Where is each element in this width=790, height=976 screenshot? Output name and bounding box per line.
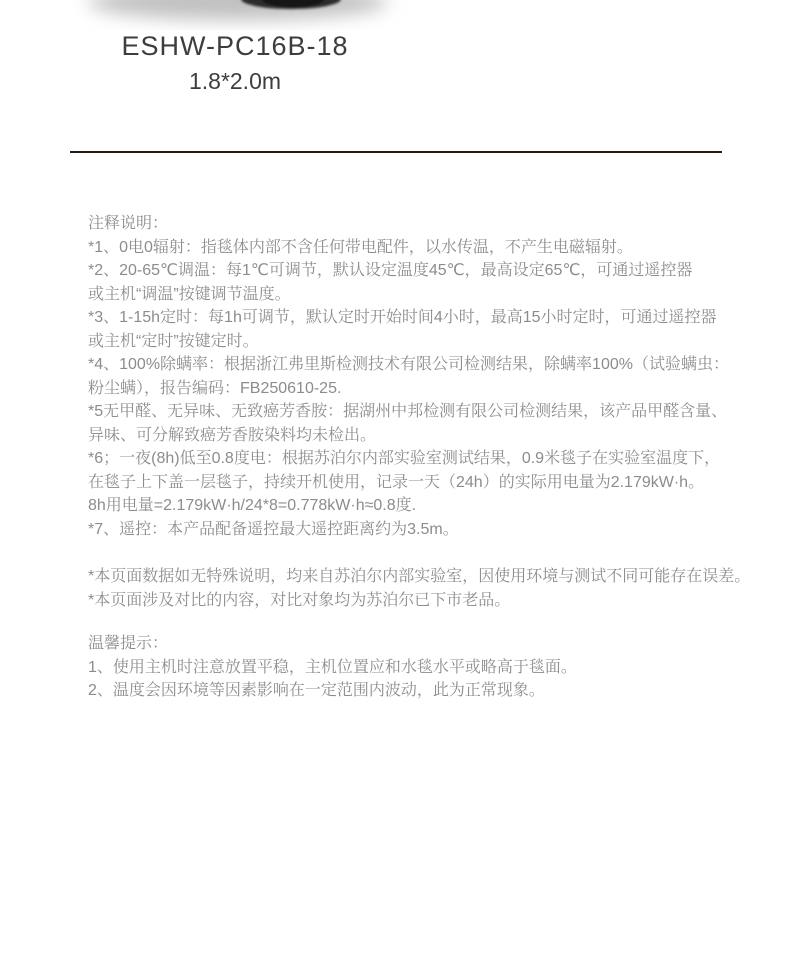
- section-divider: [70, 151, 722, 153]
- text-line: *3、1-15h定时：每1h可调节，默认定时开始时间4小时，最高15小时定时，可…: [88, 306, 738, 330]
- product-size: 1.8*2.0m: [0, 66, 470, 96]
- text-line: 粉尘螨），报告编码：FB250610-25.: [88, 377, 738, 401]
- photo-shadow: [88, 0, 388, 20]
- product-title-block: ESHW-PC16B-18 1.8*2.0m: [0, 30, 470, 96]
- text-line: *4、100%除螨率：根据浙江弗里斯检测技术有限公司检测结果，除螨率100%（试…: [88, 353, 738, 377]
- tips-lines: 1、使用主机时注意放置平稳，主机位置应和水毯水平或略高于毯面。2、温度会因环境等…: [88, 656, 738, 703]
- text-line: *1、0电0辐射：指毯体内部不含任何带电配件，以水传温，不产生电磁辐射。: [88, 236, 738, 260]
- tips-section: 温馨提示： 1、使用主机时注意放置平稳，主机位置应和水毯水平或略高于毯面。2、温…: [88, 632, 738, 703]
- text-line: *6；一夜(8h)低至0.8度电：根据苏泊尔内部实验室测试结果，0.9米毯子在实…: [88, 447, 738, 471]
- notes-column: 注释说明： *1、0电0辐射：指毯体内部不含任何带电配件，以水传温，不产生电磁辐…: [88, 212, 738, 703]
- text-line: *本页面涉及对比的内容，对比对象均为苏泊尔已下市老品。: [88, 589, 738, 613]
- text-line: 或主机“调温”按键调节温度。: [88, 283, 738, 307]
- tips-heading: 温馨提示：: [88, 632, 738, 656]
- text-line: *本页面数据如无特殊说明，均来自苏泊尔内部实验室，因使用环境与测试不同可能存在误…: [88, 565, 738, 589]
- notes-heading: 注释说明：: [88, 212, 738, 236]
- text-line: *7、遥控：本产品配备遥控最大遥控距离约为3.5m。: [88, 518, 738, 542]
- product-photo-fragment: [0, 0, 480, 30]
- text-line: 8h用电量=2.179kW·h/24*8=0.778kW·h≈0.8度.: [88, 494, 738, 518]
- disclaimer-section: *本页面数据如无特殊说明，均来自苏泊尔内部实验室，因使用环境与测试不同可能存在误…: [88, 565, 738, 612]
- text-line: 2、温度会因环境等因素影响在一定范围内波动，此为正常现象。: [88, 679, 738, 703]
- text-line: 或主机“定时”按键定时。: [88, 330, 738, 354]
- product-model: ESHW-PC16B-18: [0, 30, 470, 62]
- product-detail-page: ESHW-PC16B-18 1.8*2.0m 注释说明： *1、0电0辐射：指毯…: [0, 0, 790, 976]
- text-line: 1、使用主机时注意放置平稳，主机位置应和水毯水平或略高于毯面。: [88, 656, 738, 680]
- notes-lines: *1、0电0辐射：指毯体内部不含任何带电配件，以水传温，不产生电磁辐射。*2、2…: [88, 236, 738, 542]
- notes-section: 注释说明： *1、0电0辐射：指毯体内部不含任何带电配件，以水传温，不产生电磁辐…: [88, 212, 738, 541]
- text-line: *2、20-65℃调温：每1℃可调节，默认设定温度45℃，最高设定65℃，可通过…: [88, 259, 738, 283]
- text-line: *5无甲醛、无异味、无致癌芳香胺：据湖州中邦检测有限公司检测结果，该产品甲醛含量…: [88, 400, 738, 424]
- text-line: 在毯子上下盖一层毯子，持续开机使用，记录一天（24h）的实际用电量为2.179k…: [88, 471, 738, 495]
- text-line: 异味、可分解致癌芳香胺染料均未检出。: [88, 424, 738, 448]
